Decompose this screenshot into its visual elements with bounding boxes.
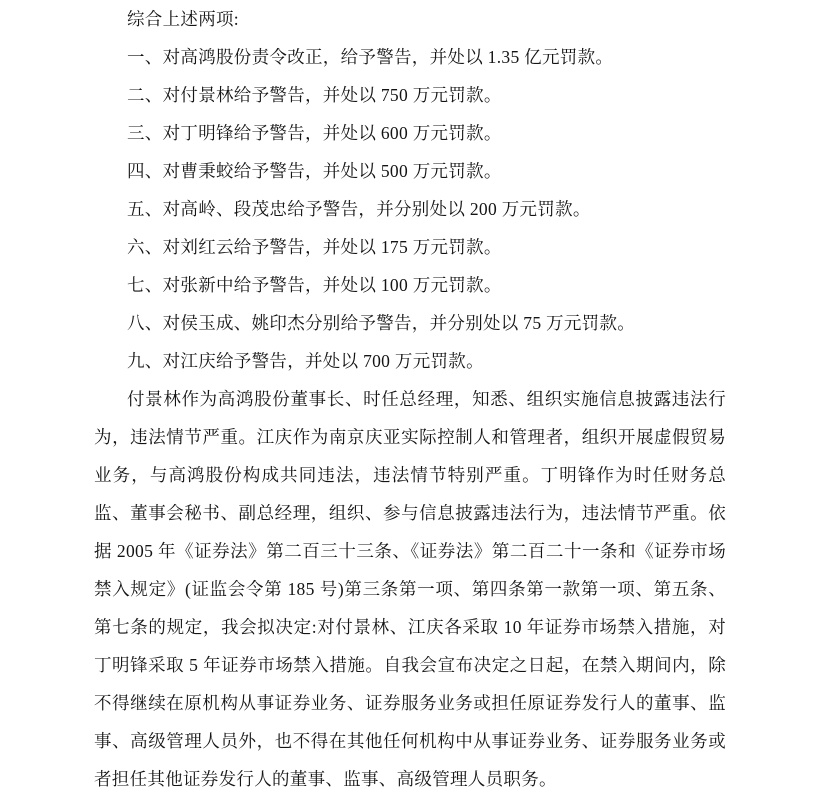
penalty-item-6: 六、对刘红云给予警告，并处以 175 万元罚款。: [94, 228, 726, 266]
penalty-item-3: 三、对丁明锋给予警告，并处以 600 万元罚款。: [94, 114, 726, 152]
penalty-item-5: 五、对高岭、段茂忠给予警告，并分别处以 200 万元罚款。: [94, 190, 726, 228]
penalty-item-7: 七、对张新中给予警告，并处以 100 万元罚款。: [94, 266, 726, 304]
penalty-item-8: 八、对侯玉成、姚印杰分别给予警告，并分别处以 75 万元罚款。: [94, 304, 726, 342]
body-paragraph: 付景林作为高鸿股份董事长、时任总经理，知悉、组织实施信息披露违法行为，违法情节严…: [94, 380, 726, 798]
penalty-item-1: 一、对高鸿股份责令改正，给予警告，并处以 1.35 亿元罚款。: [94, 38, 726, 76]
penalty-item-2: 二、对付景林给予警告，并处以 750 万元罚款。: [94, 76, 726, 114]
penalty-item-9: 九、对江庆给予警告，并处以 700 万元罚款。: [94, 342, 726, 380]
document-page: 综合上述两项: 一、对高鸿股份责令改正，给予警告，并处以 1.35 亿元罚款。 …: [0, 0, 816, 798]
penalty-item-4: 四、对曹秉蛟给予警告，并处以 500 万元罚款。: [94, 152, 726, 190]
penalty-list: 一、对高鸿股份责令改正，给予警告，并处以 1.35 亿元罚款。 二、对付景林给予…: [94, 38, 726, 380]
intro-line: 综合上述两项:: [94, 0, 726, 38]
